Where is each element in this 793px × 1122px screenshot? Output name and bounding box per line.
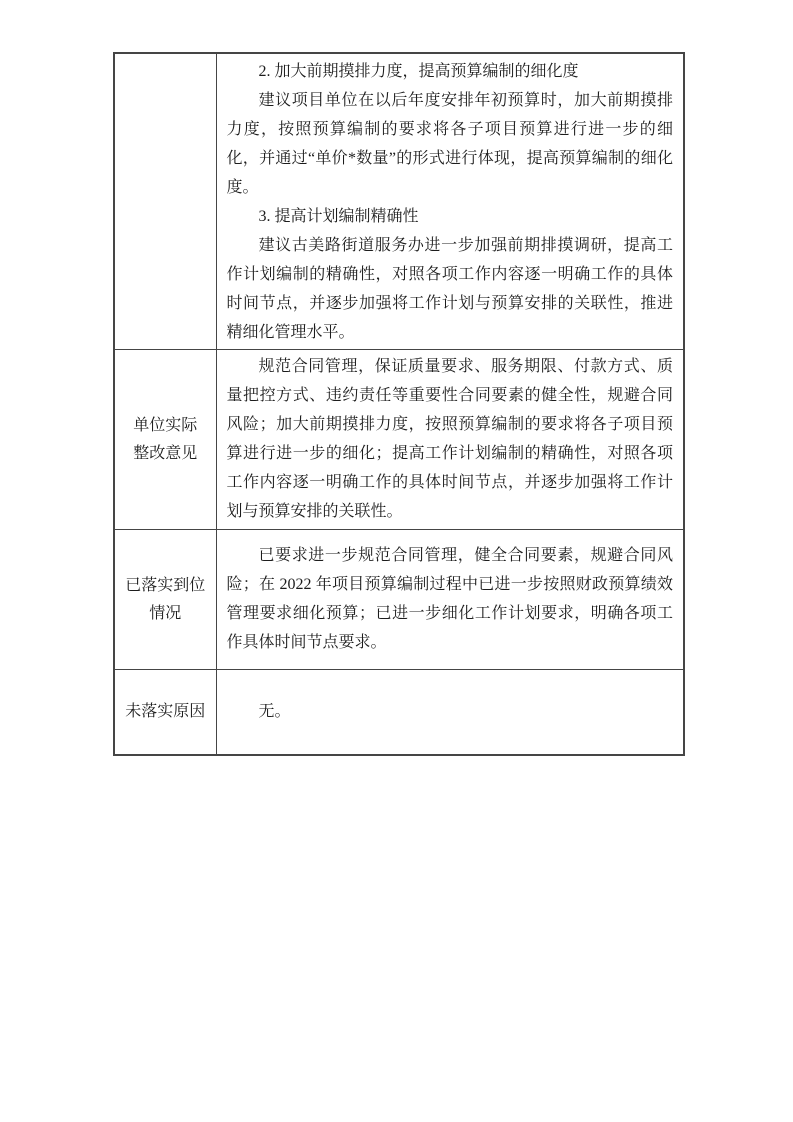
row-label-unimplemented-reason: 未落实原因 [114,670,216,755]
table-row-unit-rectification: 单位实际 整改意见 规范合同管理，保证质量要求、服务期限、付款方式、质量把控方式… [114,350,684,530]
paragraph: 建议古美路街道服务办进一步加强前期排摸调研，提高工作计划编制的精确性，对照各项工… [227,231,674,347]
paragraph: 无。 [227,697,674,726]
row-content-implemented-status: 已要求进一步规范合同管理，健全合同要素，规避合同风险；在 2022 年项目预算编… [216,530,684,670]
paragraph: 2. 加大前期摸排力度，提高预算编制的细化度 [227,57,674,86]
document-page: 2. 加大前期摸排力度，提高预算编制的细化度建议项目单位在以后年度安排年初预算时… [0,0,793,1122]
row-label-implemented-status: 已落实到位 情况 [114,530,216,670]
row-content-unimplemented-reason: 无。 [216,670,684,755]
row-content-unit-rectification: 规范合同管理，保证质量要求、服务期限、付款方式、质量把控方式、违约责任等重要性合… [216,350,684,530]
paragraph: 3. 提高计划编制精确性 [227,202,674,231]
row-content-recommendations: 2. 加大前期摸排力度，提高预算编制的细化度建议项目单位在以后年度安排年初预算时… [216,53,684,350]
table-row-implemented-status: 已落实到位 情况 已要求进一步规范合同管理，健全合同要素，规避合同风险；在 20… [114,530,684,670]
paragraph: 建议项目单位在以后年度安排年初预算时，加大前期摸排力度，按照预算编制的要求将各子… [227,86,674,202]
paragraph: 已要求进一步规范合同管理，健全合同要素，规避合同风险；在 2022 年项目预算编… [227,541,674,657]
rectification-table: 2. 加大前期摸排力度，提高预算编制的细化度建议项目单位在以后年度安排年初预算时… [113,52,685,756]
table-row-unimplemented-reason: 未落实原因 无。 [114,670,684,755]
row-label-empty [114,53,216,350]
table-row-continuation: 2. 加大前期摸排力度，提高预算编制的细化度建议项目单位在以后年度安排年初预算时… [114,53,684,350]
row-label-unit-rectification: 单位实际 整改意见 [114,350,216,530]
paragraph: 规范合同管理，保证质量要求、服务期限、付款方式、质量把控方式、违约责任等重要性合… [227,352,674,526]
